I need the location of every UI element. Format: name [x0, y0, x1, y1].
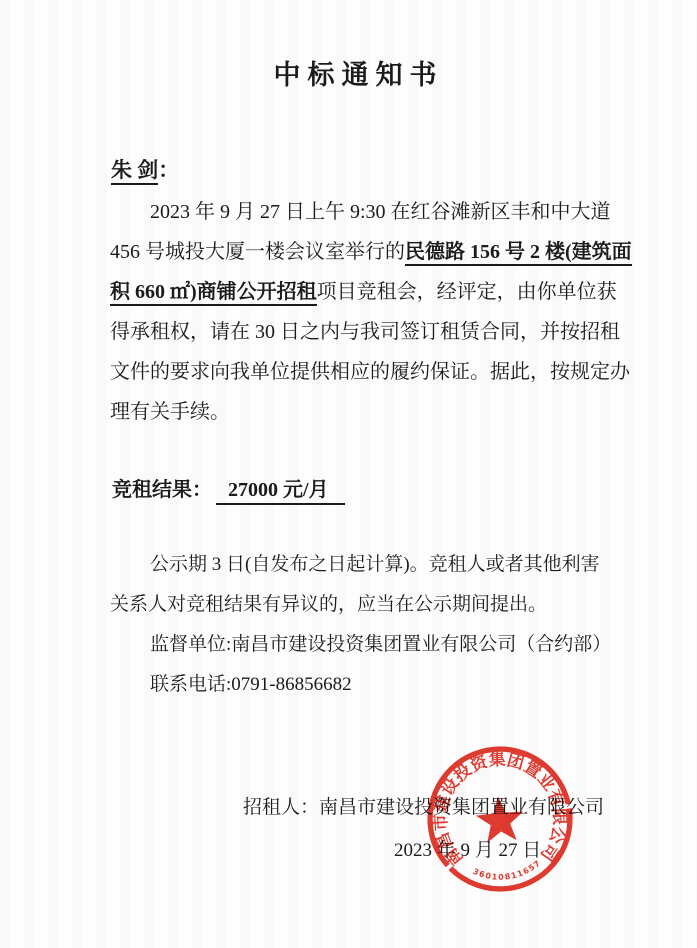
plain-text: 理有关手续。 — [110, 401, 230, 423]
plain-text: 联系电话:0791-86856682 — [150, 674, 352, 695]
text-line: 理有关手续。 — [110, 392, 620, 432]
bid-result-label: 竞租结果： — [112, 479, 212, 501]
plain-text: 关系人对竞租结果有异议的，应当在公示期间提出。 — [110, 594, 547, 615]
salutation: 朱 剑： — [111, 152, 179, 188]
date-line: 2023 年 9 月 27 日 — [394, 833, 541, 869]
text-line: 456 号城投大厦一楼会议室举行的民德路 156 号 2 楼(建筑面 — [110, 232, 620, 272]
plain-text: 监督单位:南昌市建设投资集团置业有限公司（合约部） — [150, 634, 611, 655]
text-line: 公示期 3 日(自发布之日起计算)。竞租人或者其他利害 — [110, 545, 640, 585]
plain-text: 公示期 3 日(自发布之日起计算)。竞租人或者其他利害 — [150, 554, 600, 575]
text-line: 监督单位:南昌市建设投资集团置业有限公司（合约部） — [110, 625, 640, 665]
text-line: 联系电话:0791-86856682 — [110, 665, 640, 705]
addressee-name: 朱 剑 — [111, 158, 158, 185]
lessor-line: 招租人：南昌市建设投资集团置业有限公司 — [243, 790, 604, 826]
text-line: 文件的要求向我单位提供相应的履约保证。据此，按规定办 — [110, 352, 620, 392]
page-title: 中标通知书 — [110, 56, 607, 94]
plain-text: 文件的要求向我单位提供相应的履约保证。据此，按规定办 — [110, 361, 630, 383]
text-line: 2023 年 9 月 27 日上午 9:30 在红谷滩新区丰和中大道 — [110, 192, 620, 232]
plain-text: 2023 年 9 月 27 日上午 9:30 在红谷滩新区丰和中大道 — [150, 201, 611, 223]
plain-text: 456 号城投大厦一楼会议室举行的 — [110, 241, 405, 263]
bid-result-line: 竞租结果：27000 元/月 — [112, 470, 345, 510]
bid-result-value: 27000 元/月 — [216, 479, 345, 505]
salutation-colon: ： — [158, 158, 179, 182]
plain-text: 项目竞租会，经评定，由你单位获 — [317, 281, 617, 303]
notice-paragraph: 公示期 3 日(自发布之日起计算)。竞租人或者其他利害关系人对竞租结果有异议的，… — [110, 545, 640, 705]
plain-text: 得承租权，请在 30 日之内与我司签订租赁合同，并按招租 — [110, 321, 620, 343]
body-paragraph: 2023 年 9 月 27 日上午 9:30 在红谷滩新区丰和中大道456 号城… — [110, 192, 620, 432]
text-line: 积 660 ㎡)商铺公开招租项目竞租会，经评定，由你单位获 — [110, 272, 620, 312]
scanned-document-page: 中标通知书 朱 剑： 2023 年 9 月 27 日上午 9:30 在红谷滩新区… — [0, 0, 697, 948]
emphasized-underlined-text: 民德路 156 号 2 楼(建筑面 — [405, 241, 632, 266]
emphasized-underlined-text: 积 660 ㎡)商铺公开招租 — [110, 281, 317, 306]
text-line: 关系人对竞租结果有异议的，应当在公示期间提出。 — [110, 585, 640, 625]
text-line: 得承租权，请在 30 日之内与我司签订租赁合同，并按招租 — [110, 312, 620, 352]
